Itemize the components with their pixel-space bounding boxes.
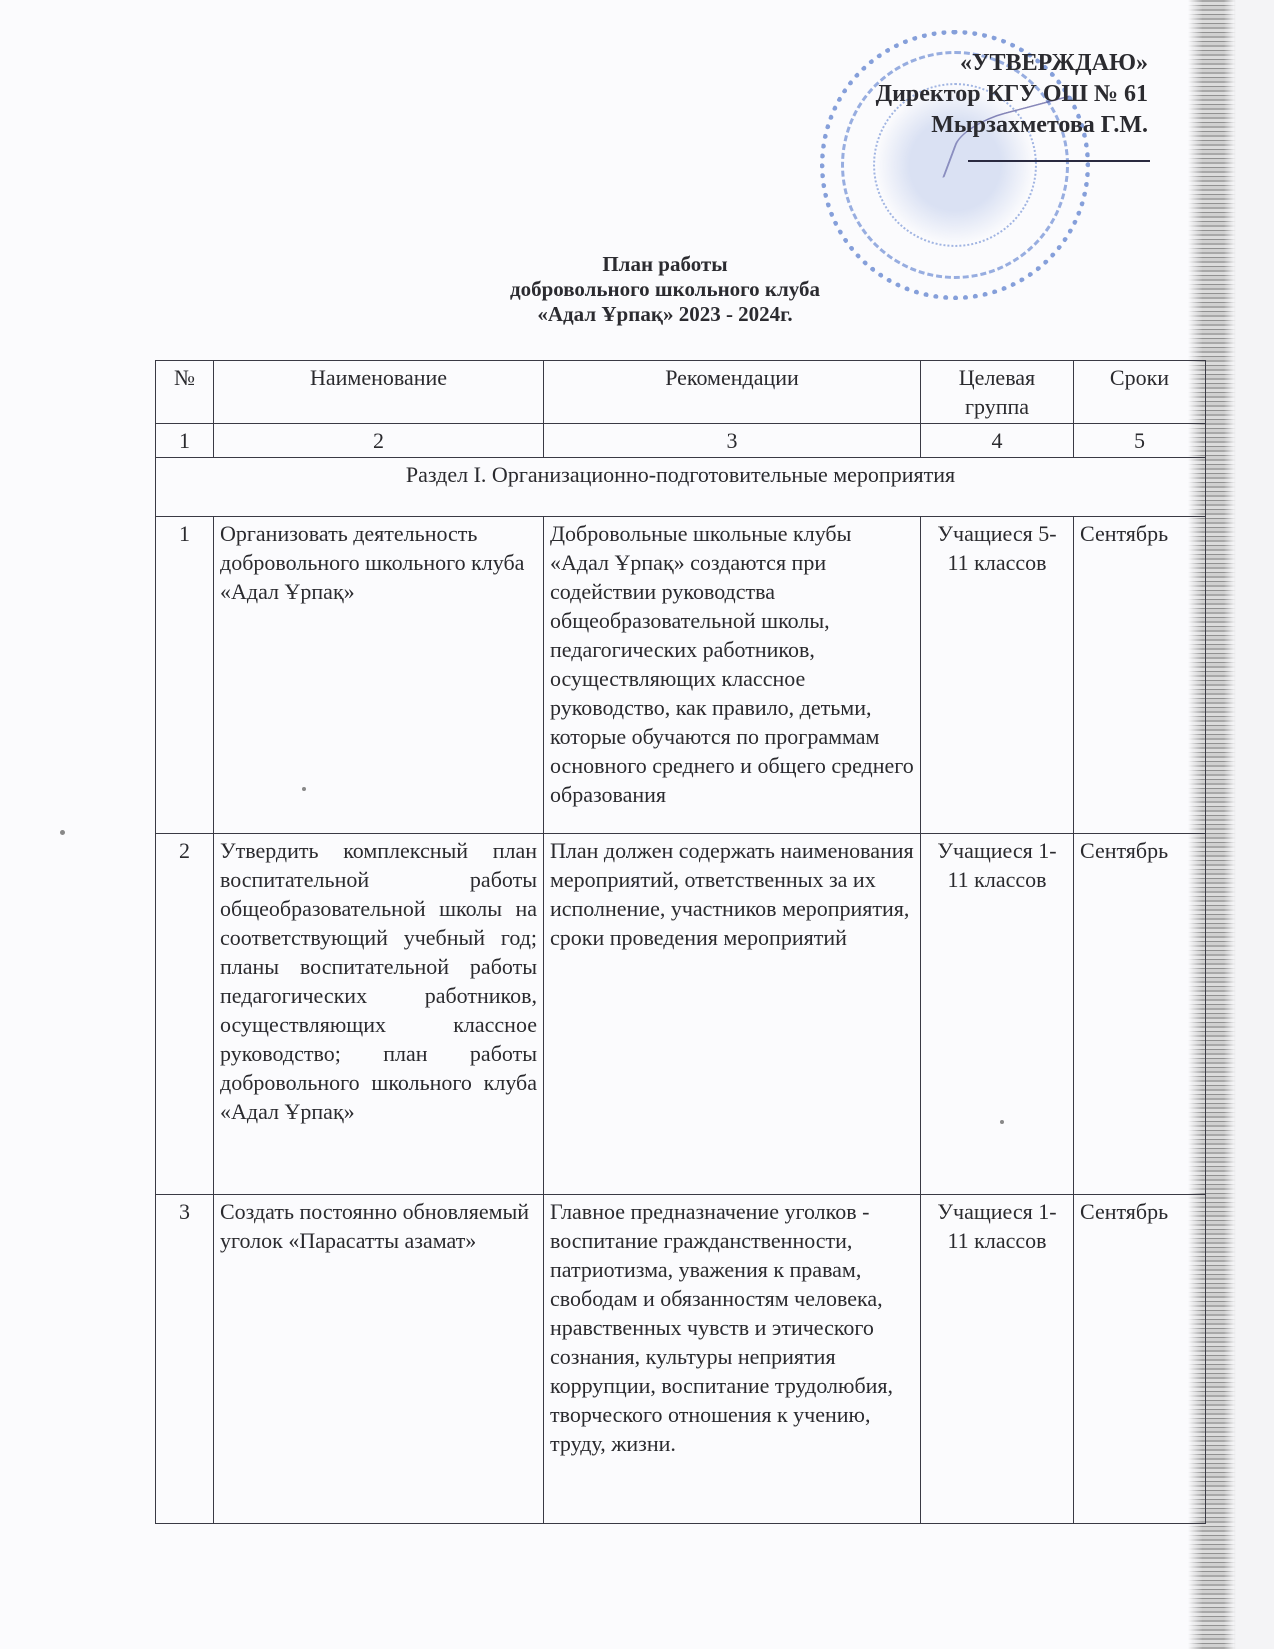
section-row: Раздел I. Организационно-подготовительны… (156, 458, 1206, 517)
title-line-1: План работы (0, 252, 1274, 277)
header-terms: Сроки (1074, 361, 1206, 424)
column-number: 3 (544, 424, 921, 458)
column-number: 5 (1074, 424, 1206, 458)
row-term: Сентябрь (1074, 517, 1206, 834)
document-title: План работы добровольного школьного клуб… (0, 252, 1274, 327)
row-name: Создать постоянно обновляемый уголок «Па… (214, 1195, 544, 1524)
scan-speck (60, 830, 65, 835)
scan-speck (302, 787, 306, 791)
table-row: 1 Организовать деятельность добровольног… (156, 517, 1206, 834)
header-name: Наименование (214, 361, 544, 424)
row-recommendation: Главное предназначение уголков - воспита… (544, 1195, 921, 1524)
row-target-group: Учащиеся 1-11 классов (921, 1195, 1074, 1524)
row-name: Утвердить комплексный план воспитательно… (214, 834, 544, 1195)
table-row: 2 Утвердить комплексный план воспитатель… (156, 834, 1206, 1195)
column-number: 1 (156, 424, 214, 458)
row-term: Сентябрь (1074, 834, 1206, 1195)
scan-edge (1234, 0, 1274, 1649)
row-target-group: Учащиеся 5-11 классов (921, 517, 1074, 834)
column-number: 2 (214, 424, 544, 458)
approval-name: Мырзахметова Г.М. (876, 110, 1148, 141)
row-recommendation: План должен содержать наименования мероп… (544, 834, 921, 1195)
signature-line (968, 160, 1150, 162)
title-line-3: «Адал Ұрпақ» 2023 - 2024г. (0, 302, 1274, 327)
header-target-group: Целевая группа (921, 361, 1074, 424)
column-number-row: 1 2 3 4 5 (156, 424, 1206, 458)
row-name: Организовать деятельность добровольного … (214, 517, 544, 834)
approval-position: Директор КГУ ОШ № 61 (876, 79, 1148, 110)
row-number: 1 (156, 517, 214, 834)
table-header-row: № Наименование Рекомендации Целевая груп… (156, 361, 1206, 424)
row-term: Сентябрь (1074, 1195, 1206, 1524)
plan-table: № Наименование Рекомендации Целевая груп… (155, 360, 1206, 1524)
row-number: 3 (156, 1195, 214, 1524)
column-number: 4 (921, 424, 1074, 458)
section-title: Раздел I. Организационно-подготовительны… (156, 458, 1206, 517)
header-recommendations: Рекомендации (544, 361, 921, 424)
approval-block: «УТВЕРЖДАЮ» Директор КГУ ОШ № 61 Мырзахм… (876, 48, 1148, 141)
title-line-2: добровольного школьного клуба (0, 277, 1274, 302)
row-number: 2 (156, 834, 214, 1195)
approval-heading: «УТВЕРЖДАЮ» (876, 48, 1148, 79)
scan-speck (1000, 1120, 1004, 1124)
row-target-group: Учащиеся 1-11 классов (921, 834, 1074, 1195)
table-row: 3 Создать постоянно обновляемый уголок «… (156, 1195, 1206, 1524)
row-recommendation: Добровольные школьные клубы «Адал Ұрпақ»… (544, 517, 921, 834)
header-number: № (156, 361, 214, 424)
